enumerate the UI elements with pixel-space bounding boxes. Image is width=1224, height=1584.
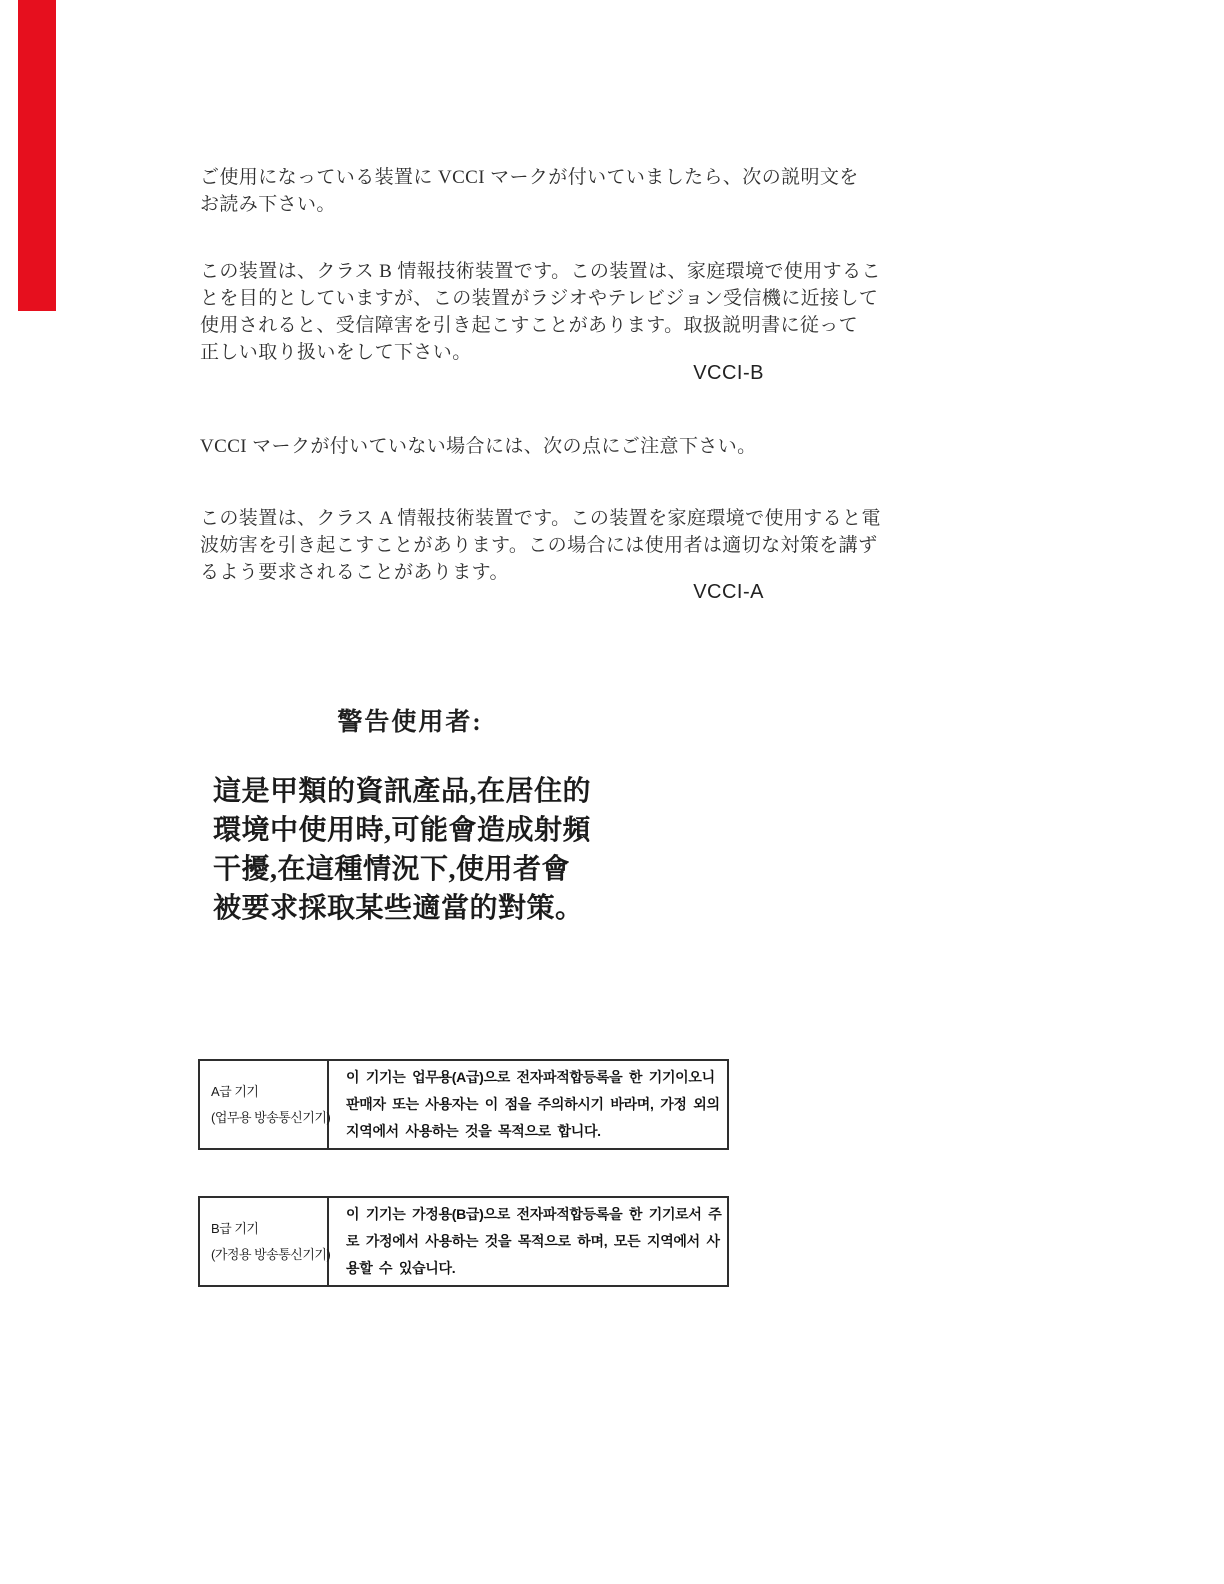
text-line: とを目的としていますが、この装置がラジオやテレビジョン受信機に近接して bbox=[200, 285, 785, 312]
text-line: VCCI マークが付いていない場合には、次の点にご注意下さい。 bbox=[200, 433, 785, 460]
text-line: 판매자 또는 사용자는 이 점을 주의하시기 바라며, 가정 외의 bbox=[346, 1091, 719, 1118]
text-line: 이 기기는 업무용(A급)으로 전자파적합등록을 한 기기이오니 bbox=[346, 1064, 719, 1091]
text-line: 이 기기는 가정용(B급)으로 전자파적합등록을 한 기기로서 주 bbox=[346, 1201, 719, 1228]
korean-class-b-table: B급 기기 (가정용 방송통신기기) 이 기기는 가정용(B급)으로 전자파적합… bbox=[198, 1196, 729, 1287]
table-row: A급 기기 (업무용 방송통신기기) 이 기기는 업무용(A급)으로 전자파적합… bbox=[199, 1060, 728, 1149]
text-line: 這是甲類的資訊產品,在居住的 bbox=[213, 772, 591, 811]
text-line: 使用されると、受信障害を引き起こすことがあります。取扱説明書に従って bbox=[200, 312, 785, 339]
text-line: 被要求採取某些適當的對策。 bbox=[213, 889, 591, 928]
text-line: (가정용 방송통신기기) bbox=[211, 1242, 323, 1268]
description-cell: 이 기기는 가정용(B급)으로 전자파적합등록을 한 기기로서 주 로 가정에서… bbox=[328, 1197, 728, 1286]
vcci-intro-paragraph: ご使用になっている装置に VCCI マークが付いていましたら、次の説明文を お読… bbox=[200, 164, 785, 218]
description-cell: 이 기기는 업무용(A급)으로 전자파적합등록을 한 기기이오니 판매자 또는 … bbox=[328, 1060, 728, 1149]
text-line: B급 기기 bbox=[211, 1216, 323, 1242]
text-line: 環境中使用時,可能會造成射頻 bbox=[213, 811, 591, 850]
red-margin-marker bbox=[18, 0, 56, 311]
text-line: 波妨害を引き起こすことがあります。この場合には使用者は適切な対策を講ず bbox=[200, 532, 785, 559]
device-class-cell: B급 기기 (가정용 방송통신기기) bbox=[199, 1197, 328, 1286]
korean-class-a-table: A급 기기 (업무용 방송통신기기) 이 기기는 업무용(A급)으로 전자파적합… bbox=[198, 1059, 729, 1150]
text-line: A급 기기 bbox=[211, 1079, 323, 1105]
vcci-no-mark-note: VCCI マークが付いていない場合には、次の点にご注意下さい。 bbox=[200, 433, 785, 460]
chinese-warning-heading: 警告使用者: bbox=[200, 706, 620, 740]
text-line: お読み下さい。 bbox=[200, 191, 785, 218]
chinese-warning-body: 這是甲類的資訊產品,在居住的 環境中使用時,可能會造成射頻 干擾,在這種情況下,… bbox=[213, 772, 591, 928]
text-line: 용할 수 있습니다. bbox=[346, 1255, 719, 1282]
text-line: 지역에서 사용하는 것을 목적으로 합니다. bbox=[346, 1118, 719, 1145]
vcci-class-b-statement: この装置は、クラス B 情報技術装置です。この装置は、家庭環境で使用するこ とを… bbox=[200, 258, 785, 366]
table-row: B급 기기 (가정용 방송통신기기) 이 기기는 가정용(B급)으로 전자파적합… bbox=[199, 1197, 728, 1286]
vcci-b-label: VCCI-B bbox=[200, 361, 764, 385]
text-line: 로 가정에서 사용하는 것을 목적으로 하며, 모든 지역에서 사 bbox=[346, 1228, 719, 1255]
text-line: 干擾,在這種情況下,使用者會 bbox=[213, 850, 591, 889]
text-line: この装置は、クラス A 情報技術装置です。この装置を家庭環境で使用すると電 bbox=[200, 505, 785, 532]
text-line: ご使用になっている装置に VCCI マークが付いていましたら、次の説明文を bbox=[200, 164, 785, 191]
text-line: この装置は、クラス B 情報技術装置です。この装置は、家庭環境で使用するこ bbox=[200, 258, 785, 285]
document-page: ご使用になっている装置に VCCI マークが付いていましたら、次の説明文を お読… bbox=[0, 0, 1224, 1584]
vcci-a-label: VCCI-A bbox=[200, 580, 764, 604]
vcci-class-a-statement: この装置は、クラス A 情報技術装置です。この装置を家庭環境で使用すると電 波妨… bbox=[200, 505, 785, 586]
text-line: (업무용 방송통신기기) bbox=[211, 1105, 323, 1131]
device-class-cell: A급 기기 (업무용 방송통신기기) bbox=[199, 1060, 328, 1149]
